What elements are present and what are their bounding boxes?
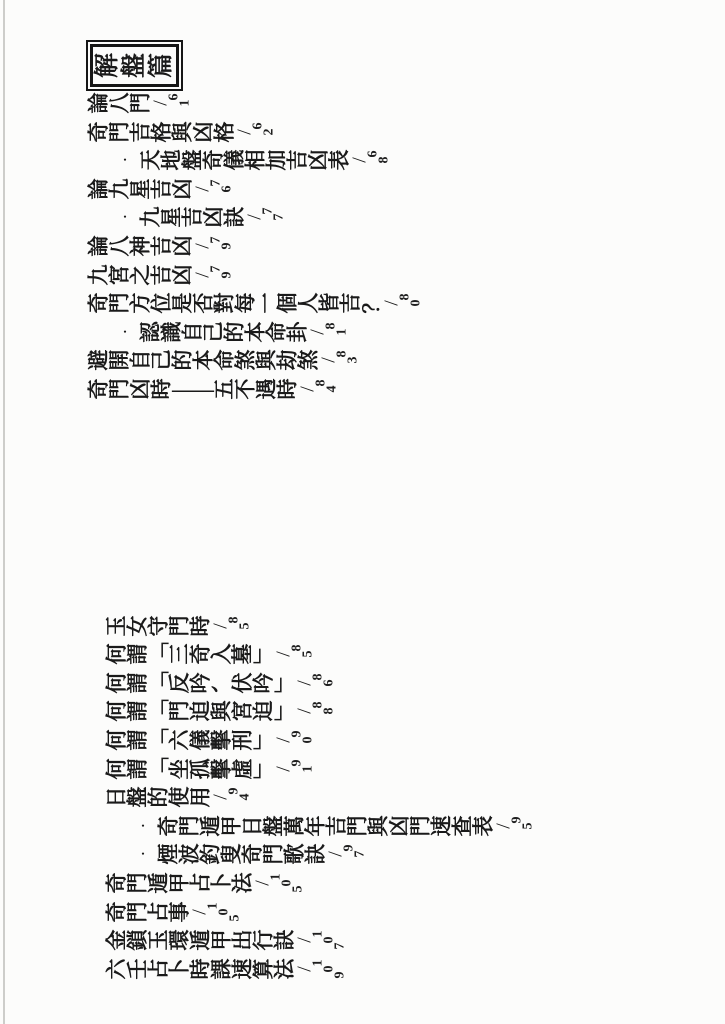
title-char: 時 bbox=[150, 379, 174, 400]
bullet-icon: ・ bbox=[118, 205, 132, 229]
title-char: 虛 bbox=[231, 759, 255, 780]
toc-entry: ・奇門遁甲日盤萬年吉門與凶門速查表/95 bbox=[106, 814, 534, 840]
entry-title: 奇門遁甲占卜法 bbox=[106, 871, 253, 888]
page-number-digit: 7 bbox=[332, 941, 350, 952]
toc-entry: 奇門凶時——五不遇時/84 bbox=[88, 377, 338, 403]
entry-title: 天地盤奇儀相加吉凶表 bbox=[140, 148, 350, 165]
title-char: 刑 bbox=[231, 730, 255, 751]
page-number-digit: 5 bbox=[237, 621, 255, 632]
bullet-icon: ・ bbox=[118, 148, 132, 172]
title-char: 「 bbox=[148, 642, 169, 666]
title-char: 盤 bbox=[122, 53, 147, 78]
title-char: 」 bbox=[253, 757, 274, 781]
entry-title: 何謂「三奇入墓」 bbox=[106, 642, 274, 659]
toc-entry: 何謂「反吟、伏吟」/86 bbox=[106, 671, 335, 697]
title-char: 、 bbox=[211, 671, 232, 695]
bullet-icon: ・ bbox=[136, 842, 150, 866]
bullet-icon: ・ bbox=[136, 814, 150, 838]
title-char: 吟 bbox=[189, 673, 213, 694]
toc-entry: 奇門遁甲占卜法/105 bbox=[106, 871, 304, 897]
entry-title: 認識自己的本命卦 bbox=[140, 320, 308, 337]
title-char: 謂 bbox=[126, 730, 150, 751]
title-char: 吟 bbox=[252, 673, 276, 694]
entry-title: 奇門吉格與凶格 bbox=[88, 120, 235, 137]
page-number-digit: 9 bbox=[219, 270, 237, 281]
entry-title: 煙波釣叟奇門歌訣 bbox=[158, 842, 326, 859]
entry-title: 奇門凶時——五不遇時 bbox=[88, 377, 298, 394]
title-char: 謂 bbox=[126, 673, 150, 694]
toc-entry: 避開自己的本命煞與劫煞/83 bbox=[88, 348, 359, 374]
page-number-digit: 1 bbox=[300, 764, 318, 775]
title-char: 謂 bbox=[126, 759, 150, 780]
toc-entry: 奇門占事/105 bbox=[106, 900, 241, 926]
page-number-digit: 2 bbox=[261, 127, 279, 138]
toc-entry: ・煙波釣叟奇門歌訣/97 bbox=[106, 842, 366, 868]
toc-entry: 論九星吉凶/76 bbox=[88, 177, 233, 203]
entry-title: 何謂「門迫與宮迫」 bbox=[106, 699, 295, 716]
title-char: 」 bbox=[274, 699, 295, 723]
section-title-inner-frame: 解盤篇 bbox=[90, 44, 179, 87]
entry-title: 何謂「六儀擊刑」 bbox=[106, 728, 274, 745]
scanned-page: 解盤篇 解盤篇 論八門/61奇門吉格與凶格/62・天地盤奇儀相加吉凶表/68論九… bbox=[0, 0, 725, 1024]
page-number-digit: 8 bbox=[376, 155, 394, 166]
title-char: 迫 bbox=[252, 701, 276, 722]
page-number-digit: 7 bbox=[271, 212, 289, 223]
entry-title: 金鎖玉環遁甲出行訣 bbox=[106, 928, 295, 945]
toc-entry: 日盤的使用/94 bbox=[106, 785, 251, 811]
toc-entry: 九宮之吉凶/79 bbox=[88, 263, 233, 289]
entry-title: 九星吉凶訣 bbox=[140, 205, 245, 222]
title-char: 「 bbox=[148, 757, 169, 781]
entry-title: 九宮之吉凶 bbox=[88, 263, 193, 280]
entry-title: 何謂「反吟、伏吟」 bbox=[106, 671, 295, 688]
title-char: 「 bbox=[148, 671, 169, 695]
scan-edge-line bbox=[3, 0, 5, 1024]
entry-title: 何謂「坐孤擊虛」 bbox=[106, 757, 274, 774]
title-char: 「 bbox=[148, 699, 169, 723]
entry-title: 奇門方位是否對每一個人皆吉？ bbox=[88, 291, 382, 308]
toc-entry: 何謂「坐孤擊虛」/91 bbox=[106, 757, 314, 783]
page-number-digit: 4 bbox=[237, 792, 255, 803]
toc-entry: ・九星吉凶訣/77 bbox=[88, 205, 285, 231]
page-number-digit: 5 bbox=[290, 884, 308, 895]
toc-entry: 奇門方位是否對每一個人皆吉？/80 bbox=[88, 291, 422, 317]
entry-title: 論八神吉凶 bbox=[88, 234, 193, 251]
toc-entry: 何謂「六儀擊刑」/90 bbox=[106, 728, 314, 754]
title-char: — bbox=[172, 377, 193, 401]
page-number-digit: 6 bbox=[321, 678, 339, 689]
title-char: 」 bbox=[253, 728, 274, 752]
entry-title: 奇門遁甲日盤萬年吉門與凶門速查表 bbox=[158, 814, 494, 831]
title-char: 解 bbox=[95, 53, 120, 78]
bullet-icon: ・ bbox=[118, 320, 132, 344]
page-number-digit: 9 bbox=[332, 970, 350, 981]
entry-title: 日盤的使用 bbox=[106, 785, 211, 802]
page-number-digit: 5 bbox=[300, 649, 318, 660]
page-number-digit: 4 bbox=[324, 384, 342, 395]
page-number-digit: 0 bbox=[408, 298, 426, 309]
title-char: 謂 bbox=[126, 644, 150, 665]
page-number-digit: 1 bbox=[177, 98, 195, 109]
page-number-digit: 5 bbox=[227, 913, 245, 924]
toc-entry: 何謂「門迫與宮迫」/88 bbox=[106, 699, 335, 725]
page-number-digit: 3 bbox=[345, 355, 363, 366]
entry-title: 論九星吉凶 bbox=[88, 177, 193, 194]
page-number-digit: 9 bbox=[219, 241, 237, 252]
entry-title: 六壬占卜時課速算法 bbox=[106, 957, 295, 974]
page-number-digit: 0 bbox=[300, 735, 318, 746]
page-number-digit: 5 bbox=[520, 821, 538, 832]
title-char: 」 bbox=[253, 642, 274, 666]
page-number-digit: 7 bbox=[352, 849, 370, 860]
page-number-digit: 8 bbox=[321, 706, 339, 717]
toc-entry: ・天地盤奇儀相加吉凶表/68 bbox=[88, 148, 390, 174]
toc-entry: 奇門吉格與凶格/62 bbox=[88, 120, 275, 146]
entry-title: 奇門占事 bbox=[106, 900, 190, 917]
toc-entry: 何謂「三奇入墓」/85 bbox=[106, 642, 314, 668]
toc-entry: 論八神吉凶/79 bbox=[88, 234, 233, 260]
title-char: 謂 bbox=[126, 701, 150, 722]
entry-title: 避開自己的本命煞與劫煞 bbox=[88, 348, 319, 365]
entry-title: 玉女守門時 bbox=[106, 614, 211, 631]
toc-entry: ・認識自己的本命卦/81 bbox=[88, 320, 348, 346]
title-char: 「 bbox=[148, 728, 169, 752]
title-char: — bbox=[193, 377, 214, 401]
entry-title: 論八門 bbox=[88, 91, 151, 108]
toc-entry: 金鎖玉環遁甲出行訣/107 bbox=[106, 928, 346, 954]
title-char: 墓 bbox=[231, 644, 255, 665]
section-title-box: 解盤篇 解盤篇 bbox=[86, 40, 183, 91]
title-char: 篇 bbox=[149, 53, 174, 78]
page-number-digit: 1 bbox=[334, 327, 352, 338]
toc-entry: 論八門/61 bbox=[88, 91, 191, 117]
toc-entry: 六壬占卜時課速算法/109 bbox=[106, 957, 346, 983]
page-number-digit: 6 bbox=[219, 184, 237, 195]
title-char: 」 bbox=[274, 671, 295, 695]
toc-entry: 玉女守門時/85 bbox=[106, 614, 251, 640]
